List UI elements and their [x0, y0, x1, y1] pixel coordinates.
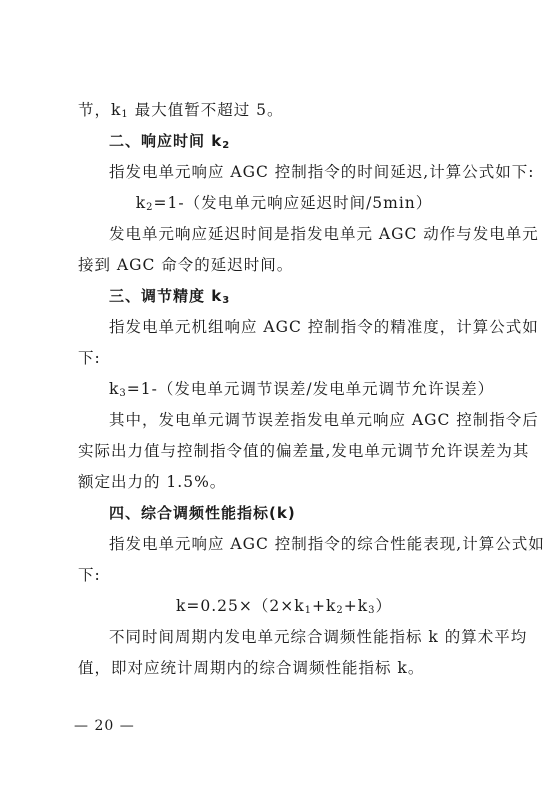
- paragraph-line: 不同时间周期内发电单元综合调频性能指标 k 的算术平均: [78, 626, 490, 657]
- text: 最大值暂不超过 5。: [129, 101, 284, 119]
- subscript: 2: [336, 605, 343, 616]
- paragraph-line: 接到 AGC 命令的延迟时间。: [78, 254, 490, 285]
- formula-k2: k2=1-（发电单元响应延迟时间/5min）: [78, 192, 490, 223]
- subscript: 3: [222, 295, 230, 306]
- subscript: 3: [119, 388, 126, 399]
- paragraph-line: 下:: [78, 347, 490, 378]
- section-heading-k2: 二、响应时间 k2: [78, 130, 490, 161]
- paragraph-line: 实际出力值与控制指令值的偏差量,发电单元调节允许误差为其: [78, 440, 490, 471]
- text: =1-（发电单元调节误差/发电单元调节允许误差）: [127, 380, 494, 398]
- page-number: — 20 —: [74, 718, 135, 734]
- subscript: 2: [222, 140, 230, 151]
- paragraph-line: 其中，发电单元调节误差指发电单元响应 AGC 控制指令后: [78, 409, 490, 440]
- text: k: [136, 194, 146, 212]
- paragraph-line: 发电单元响应延迟时间是指发电单元 AGC 动作与发电单元: [78, 223, 490, 254]
- formula-k: k=0.25×（2×k1+k2+k3）: [78, 595, 490, 626]
- text: k=0.25×（2×k: [176, 597, 305, 615]
- text: ）: [376, 597, 393, 615]
- section-heading-k3: 三、调节精度 k3: [78, 285, 490, 316]
- subscript: 1: [305, 605, 312, 616]
- subscript: 3: [368, 605, 375, 616]
- document-body: 节，k1 最大值暂不超过 5。 二、响应时间 k2 指发电单元响应 AGC 控制…: [78, 99, 490, 688]
- text-line: 节，k1 最大值暂不超过 5。: [78, 99, 490, 130]
- section-heading-k: 四、综合调频性能指标(k): [78, 502, 490, 533]
- formula-k3: k3=1-（发电单元调节误差/发电单元调节允许误差）: [78, 378, 490, 409]
- text: +k: [344, 597, 368, 615]
- text: =1-（发电单元响应延迟时间/5min）: [153, 194, 432, 212]
- subscript: 1: [121, 109, 128, 120]
- heading-text: 三、调节精度 k: [109, 287, 222, 305]
- text: k: [109, 380, 119, 398]
- paragraph-line: 指发电单元响应 AGC 控制指令的时间延迟,计算公式如下:: [78, 161, 490, 192]
- paragraph-line: 指发电单元响应 AGC 控制指令的综合性能表现,计算公式如: [78, 533, 490, 564]
- paragraph-line: 额定出力的 1.5%。: [78, 471, 490, 502]
- paragraph-line: 值，即对应统计周期内的综合调频性能指标 k。: [78, 657, 490, 688]
- paragraph-line: 指发电单元机组响应 AGC 控制指令的精准度，计算公式如: [78, 316, 490, 347]
- text: 节，k: [78, 101, 121, 119]
- text: +k: [312, 597, 336, 615]
- heading-text: 二、响应时间 k: [109, 132, 222, 150]
- paragraph-line: 下:: [78, 564, 490, 595]
